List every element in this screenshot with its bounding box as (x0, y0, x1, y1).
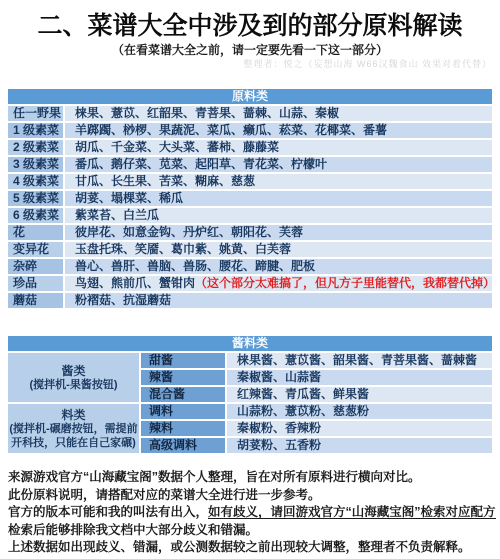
sauce-items: 山蒜粉、薏苡粉、慈葱粉 (227, 404, 492, 419)
footer-text: 上述数据如出现歧义、错漏，或公测数据较之前出现较大调整，整理者不负责解释。 (8, 540, 471, 554)
page: 二、菜谱大全中涉及到的部分原料解读 （在看菜谱大全之前，请一定要先看一下这一部分… (0, 0, 500, 559)
row-label: 花 (8, 225, 63, 240)
footer-line: 检索后能够排除我文档中大部分歧义和错漏。 (8, 522, 496, 540)
row-items: 兽心、兽肝、兽脑、兽肠、腰花、蹄腱、肥板 (65, 259, 492, 274)
group-title: 酱类 (61, 364, 85, 378)
ingredient-table-header: 原料类 (8, 89, 492, 104)
footer-line: 上述数据如出现歧义、错漏，或公测数据较之前出现较大调整，整理者不负责解释。 (8, 539, 496, 557)
sauce-items: 秦椒酱、山蒜酱 (227, 370, 492, 385)
sauce-type: 辣料 (141, 421, 225, 436)
sauce-type: 调料 (141, 404, 225, 419)
footer-text: 检索后能够排除我文档中大部分歧义和错漏。 (8, 523, 258, 537)
items-text: 番瓜、鹅仔菜、苋菜、起阳草、青花菜、柠檬叶 (75, 157, 327, 171)
row-label: 5 级素菜 (8, 191, 63, 206)
row-label: 1 级素菜 (8, 123, 63, 138)
sauce-type: 高级调料 (141, 438, 225, 453)
items-text: 兽心、兽肝、兽脑、兽肠、腰花、蹄腱、肥板 (75, 259, 315, 273)
group-subtitle: (搅拌机-碾磨按钮，需提前开科技，只能在自己家碾) (8, 422, 139, 450)
items-text: 梾果、薏苡、红韶果、青菩果、蔷棘、山蒜、秦椒 (75, 106, 339, 120)
footer-text: 此份原料说明，请搭配对应的菜谱大全进行进一步参考。 (8, 488, 321, 502)
group-label: 酱类(搅拌机-果酱按钮) (8, 353, 139, 402)
items-text: 粉褶菇、抗湿蘑菇 (75, 293, 171, 307)
sauce-table-body: 酱类(搅拌机-果酱按钮)甜酱梾果酱、薏苡酱、韶果酱、青菩果酱、蔷棘酱辣酱秦椒酱、… (8, 353, 492, 453)
row-label: 3 级素菜 (8, 157, 63, 172)
row-label: 2 级素菜 (8, 140, 63, 155)
row-items: 粉褶菇、抗湿蘑菇 (65, 293, 492, 308)
row-items: 彼岸花、如意金钩、丹炉红、朝阳花、芙蓉 (65, 225, 492, 240)
watermark: 整理者：悦之（妄想山海 W66汉魏食山 效果对着代替） (218, 57, 492, 70)
row-items: 羊踯躅、桫椤、果蔬泥、菜瓜、癞瓜、菘菜、花椰菜、番薯 (65, 123, 492, 138)
page-subtitle: （在看菜谱大全之前，请一定要先看一下这一部分） (0, 41, 500, 58)
sauce-items: 梾果酱、薏苡酱、韶果酱、青菩果酱、蔷棘酱 (227, 353, 492, 368)
sauce-items: 胡荽粉、五香粉 (227, 438, 492, 453)
items-text: 甘瓜、长生果、苦菜、糊麻、慈葱 (75, 174, 255, 188)
footer-line: 此份原料说明，请搭配对应的菜谱大全进行进一步参考。 (8, 487, 496, 505)
row-items: 玉盘托珠、笑靥、葛巾紫、姚黄、白芙蓉 (65, 242, 492, 257)
items-text: 胡瓜、千金菜、大头菜、蕃柿、藤藤菜 (75, 140, 279, 154)
row-label: 蘑菇 (8, 293, 63, 308)
sauce-type: 甜酱 (141, 353, 225, 368)
sauce-items: 红辣酱、青瓜酱、鲜果酱 (227, 387, 492, 402)
footer-line: 来源游戏官方“山海藏宝阁”数据个人整理，旨在对所有原料进行横向对比。 (8, 469, 496, 487)
row-label: 变异花 (8, 242, 63, 257)
sauce-type: 混合酱 (141, 387, 225, 402)
footer-text: 官方的版本可能和我的叫法有出入， (8, 505, 208, 519)
items-text: 紫菜苔、白兰瓜 (75, 208, 159, 222)
row-label: 杂碎 (8, 259, 63, 274)
row-items: 番瓜、鹅仔菜、苋菜、起阳草、青花菜、柠檬叶 (65, 157, 492, 172)
footer-underlined-text: 如有歧义，请回游戏官方“山海藏宝阁”检索对应配方， (208, 505, 496, 519)
footer-notes: 来源游戏官方“山海藏宝阁”数据个人整理，旨在对所有原料进行横向对比。此份原料说明… (8, 469, 496, 557)
sauce-table: 酱料类 酱类(搅拌机-果酱按钮)甜酱梾果酱、薏苡酱、韶果酱、青菩果酱、蔷棘酱辣酱… (8, 336, 492, 453)
group-label: 料类(搅拌机-碾磨按钮，需提前开科技，只能在自己家碾) (8, 404, 139, 453)
items-text: 玉盘托珠、笑靥、葛巾紫、姚黄、白芙蓉 (75, 242, 291, 256)
row-items: 胡荽、塌棵菜、稀瓜 (65, 191, 492, 206)
footer-text: 来源游戏官方“山海藏宝阁”数据个人整理，旨在对所有原料进行横向对比。 (8, 470, 421, 484)
ingredient-table-body: 任一野果梾果、薏苡、红韶果、青菩果、蔷棘、山蒜、秦椒1 级素菜羊踯躅、桫椤、果蔬… (8, 106, 492, 308)
row-items: 胡瓜、千金菜、大头菜、蕃柿、藤藤菜 (65, 140, 492, 155)
items-text: 羊踯躅、桫椤、果蔬泥、菜瓜、癞瓜、菘菜、花椰菜、番薯 (75, 123, 387, 137)
footer-line: 官方的版本可能和我的叫法有出入，如有歧义，请回游戏官方“山海藏宝阁”检索对应配方… (8, 504, 496, 522)
row-label: 珍品 (8, 276, 63, 291)
sauce-items: 秦椒粉、香辣粉 (227, 421, 492, 436)
row-items: 紫菜苔、白兰瓜 (65, 208, 492, 223)
items-text: 彼岸花、如意金钩、丹炉红、朝阳花、芙蓉 (75, 225, 303, 239)
row-label: 4 级素菜 (8, 174, 63, 189)
row-items: 梾果、薏苡、红韶果、青菩果、蔷棘、山蒜、秦椒 (65, 106, 492, 121)
row-note: （这个部分太难搞了，但凡方子里能替代，我都替代掉） (195, 276, 492, 290)
items-text: 胡荽、塌棵菜、稀瓜 (75, 191, 183, 205)
items-text: 鸟翅、熊前爪、蟹钳肉 (75, 276, 195, 290)
page-title: 二、菜谱大全中涉及到的部分原料解读 (0, 6, 500, 42)
row-label: 任一野果 (8, 106, 63, 121)
row-label: 6 级素菜 (8, 208, 63, 223)
sauce-type: 辣酱 (141, 370, 225, 385)
group-title: 料类 (61, 408, 85, 422)
ingredient-table: 原料类 任一野果梾果、薏苡、红韶果、青菩果、蔷棘、山蒜、秦椒1 级素菜羊踯躅、桫… (8, 89, 492, 308)
sauce-table-header: 酱料类 (8, 336, 492, 351)
row-items: 甘瓜、长生果、苦菜、糊麻、慈葱 (65, 174, 492, 189)
group-subtitle: (搅拌机-果酱按钮) (30, 378, 118, 392)
row-items: 鸟翅、熊前爪、蟹钳肉（这个部分太难搞了，但凡方子里能替代，我都替代掉） (65, 276, 492, 291)
